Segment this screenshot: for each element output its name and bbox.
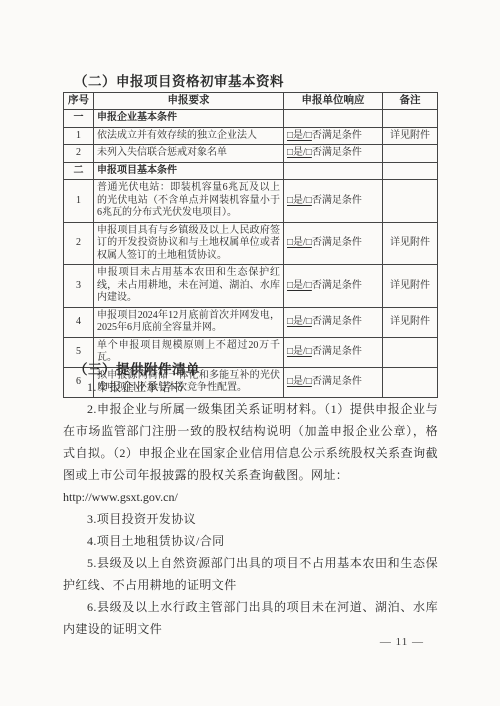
table-row: 1依法成立并有效存续的独立企业法人□是/□否满足条件详见附件 bbox=[64, 127, 438, 145]
attachment-item-4: 4.项目土地租赁协议/合同 bbox=[63, 530, 438, 552]
response-cell: □是/□否满足条件 bbox=[284, 145, 383, 163]
table-row: 3申报项目未占用基本农田和生态保护红线，未占用耕地，未在河道、湖泊、水库内建设。… bbox=[64, 265, 438, 308]
col-header-no: 序号 bbox=[64, 93, 94, 110]
section3-title: （三）提供附件清单 bbox=[74, 358, 200, 378]
table-row: 2未列入失信联合惩戒对象名单□是/□否满足条件 bbox=[64, 145, 438, 163]
col-header-req: 申报要求 bbox=[94, 93, 284, 110]
response-cell: □是/□否满足条件 bbox=[284, 127, 383, 145]
yes-no-checkbox-text: □是/□ bbox=[287, 195, 312, 206]
table-row: 2申报项目具有与乡镇级及以上人民政府签订的开发投资协议和与土地权属单位或者权属人… bbox=[64, 222, 438, 265]
requirement-cell: 申报项目2024年12月底前首次并网发电，2025年6月底前全容量并网。 bbox=[94, 307, 284, 337]
table-row: 4申报项目2024年12月底前首次并网发电，2025年6月底前全容量并网。□是/… bbox=[64, 307, 438, 337]
yes-no-checkbox-text: □是/□ bbox=[287, 316, 312, 327]
document-page: （二）申报项目资格初审基本资料 序号 申报要求 申报单位响应 备注 一申报企业基… bbox=[0, 0, 500, 706]
note-cell: 详见附件 bbox=[383, 307, 438, 337]
note-cell bbox=[383, 180, 438, 223]
review-table: 序号 申报要求 申报单位响应 备注 一申报企业基本条件1依法成立并有效存续的独立… bbox=[63, 92, 438, 398]
attachment-item-2: 2.申报企业与所属一级集团关系证明材料。（1）提供申报企业与在市场监管部门注册一… bbox=[63, 398, 438, 486]
response-cell: □是/□否满足条件 bbox=[284, 180, 383, 223]
requirement-cell: 依法成立并有效存续的独立企业法人 bbox=[94, 127, 284, 145]
yes-no-checkbox-text: □是/□ bbox=[287, 130, 312, 141]
attachment-item-5: 5.县级及以上自然资源部门出具的项目不占用基本农田和生态保护红线、不占用耕地的证… bbox=[63, 552, 438, 596]
response-cell: □是/□否满足条件 bbox=[284, 337, 383, 367]
table-row: 1普通光伏电站：即装机容量6兆瓦及以上的光伏电站（不含单点并网装机容量小于6兆瓦… bbox=[64, 180, 438, 223]
requirement-cell: 申报项目基本条件 bbox=[94, 162, 284, 180]
row-number-cell: 1 bbox=[64, 127, 94, 145]
requirement-cell: 申报项目未占用基本农田和生态保护红线，未占用耕地，未在河道、湖泊、水库内建设。 bbox=[94, 265, 284, 308]
row-number-cell: 3 bbox=[64, 265, 94, 308]
response-cell: □是/□否满足条件 bbox=[284, 222, 383, 265]
note-cell: 详见附件 bbox=[383, 265, 438, 308]
note-cell: 详见附件 bbox=[383, 222, 438, 265]
requirement-cell: 未列入失信联合惩戒对象名单 bbox=[94, 145, 284, 163]
requirement-cell: 申报项目具有与乡镇级及以上人民政府签订的开发投资协议和与土地权属单位或者权属人签… bbox=[94, 222, 284, 265]
row-number-cell: 1 bbox=[64, 180, 94, 223]
note-cell bbox=[383, 145, 438, 163]
yes-no-checkbox-text: □是/□ bbox=[287, 280, 312, 291]
yes-no-checkbox-text: □是/□ bbox=[287, 237, 312, 248]
response-cell: □是/□否满足条件 bbox=[284, 265, 383, 308]
note-cell bbox=[383, 110, 438, 128]
response-cell: □是/□否满足条件 bbox=[284, 307, 383, 337]
row-number-cell: 4 bbox=[64, 307, 94, 337]
review-table-header: 序号 申报要求 申报单位响应 备注 bbox=[64, 93, 438, 110]
section2-title: （二）申报项目资格初审基本资料 bbox=[74, 70, 284, 90]
attachment-list: 1.申报企业承诺书2.申报企业与所属一级集团关系证明材料。（1）提供申报企业与在… bbox=[63, 376, 438, 640]
attachment-item-1: 1.申报企业承诺书 bbox=[63, 376, 438, 398]
row-number-cell: 一 bbox=[64, 110, 94, 128]
header-row: 序号 申报要求 申报单位响应 备注 bbox=[64, 93, 438, 110]
col-header-response: 申报单位响应 bbox=[284, 93, 383, 110]
note-cell bbox=[383, 162, 438, 180]
page-number: — 11 — bbox=[380, 636, 424, 648]
row-number-cell: 2 bbox=[64, 222, 94, 265]
table-section-row: 一申报企业基本条件 bbox=[64, 110, 438, 128]
table-section-row: 二申报项目基本条件 bbox=[64, 162, 438, 180]
row-number-cell: 2 bbox=[64, 145, 94, 163]
yes-no-checkbox-text: □是/□ bbox=[287, 147, 312, 158]
requirement-cell: 普通光伏电站：即装机容量6兆瓦及以上的光伏电站（不含单点并网装机容量小于6兆瓦的… bbox=[94, 180, 284, 223]
col-header-note: 备注 bbox=[383, 93, 438, 110]
yes-no-checkbox-text: □是/□ bbox=[287, 346, 312, 357]
row-number-cell: 二 bbox=[64, 162, 94, 180]
attachment-item-6: 6.县级及以上水行政主管部门出具的项目未在河道、湖泊、水库内建设的证明文件 bbox=[63, 596, 438, 640]
note-cell: 详见附件 bbox=[383, 127, 438, 145]
requirement-cell: 申报企业基本条件 bbox=[94, 110, 284, 128]
note-cell bbox=[383, 337, 438, 367]
gsxt-url: http://www.gsxt.gov.cn/ bbox=[63, 486, 438, 508]
review-table-body: 一申报企业基本条件1依法成立并有效存续的独立企业法人□是/□否满足条件详见附件2… bbox=[64, 110, 438, 398]
response-cell bbox=[284, 162, 383, 180]
response-cell bbox=[284, 110, 383, 128]
attachment-item-3: 3.项目投资开发协议 bbox=[63, 508, 438, 530]
